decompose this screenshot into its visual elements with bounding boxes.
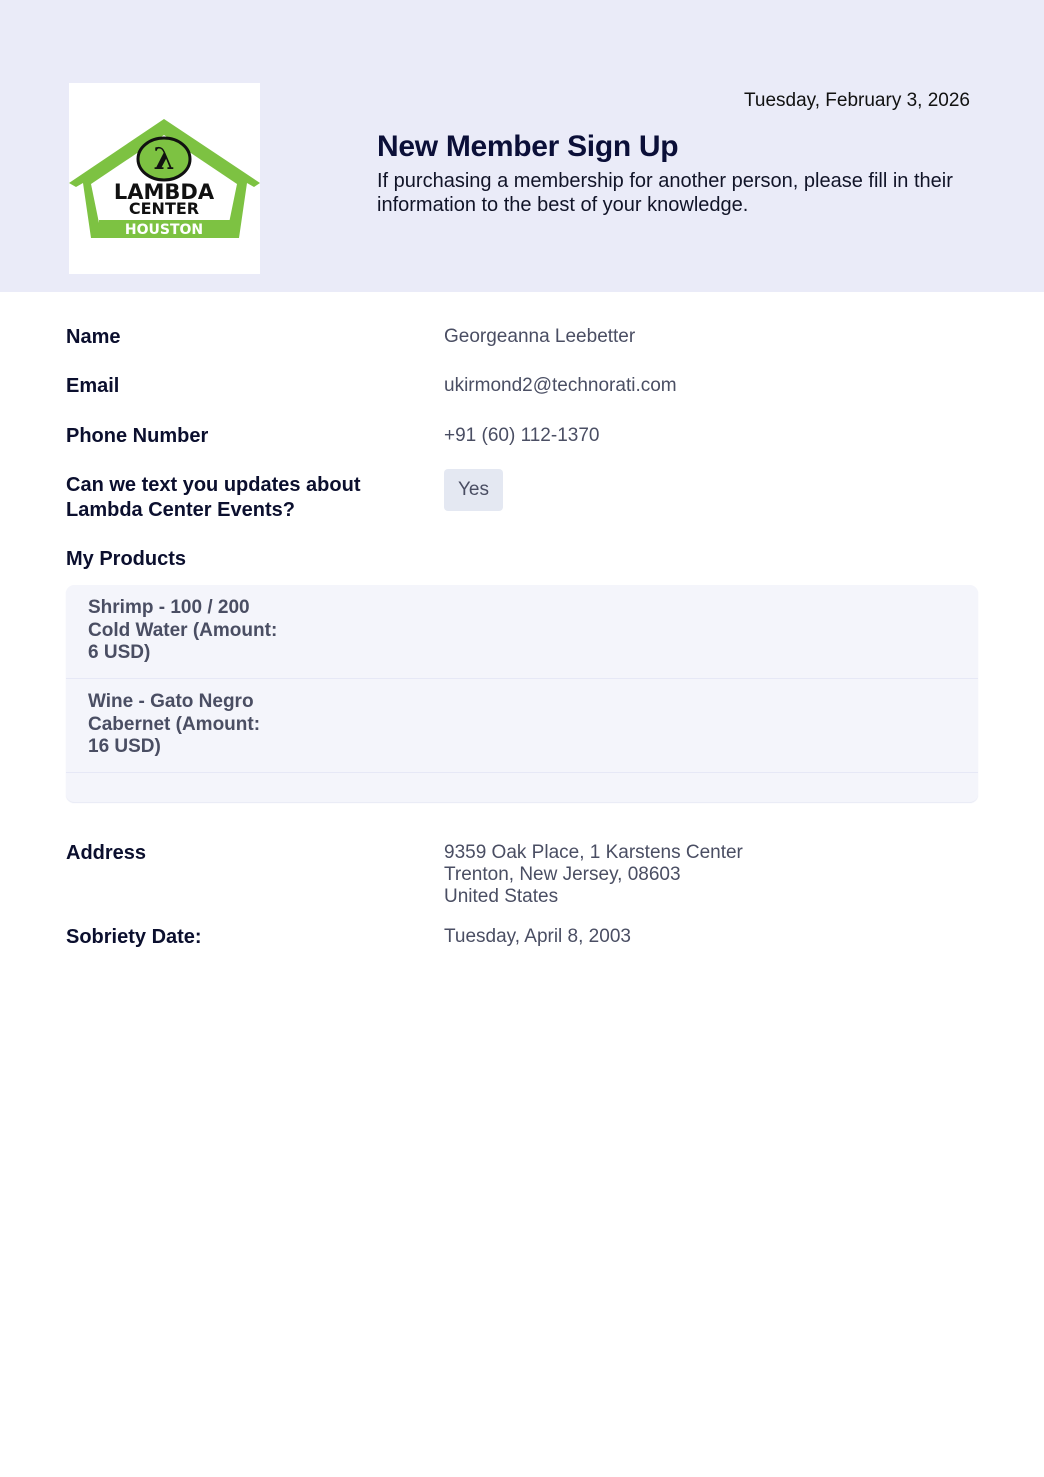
address-line1: 9359 Oak Place, 1 Karstens Center bbox=[444, 842, 743, 864]
sobriety-value: Tuesday, April 8, 2003 bbox=[444, 926, 631, 948]
header-date: Tuesday, February 3, 2026 bbox=[744, 90, 970, 112]
lambda-center-logo-icon: λ LAMBDA CENTER HOUSTON bbox=[69, 83, 260, 274]
name-label: Name bbox=[66, 325, 386, 350]
email-value: ukirmond2@technorati.com bbox=[444, 375, 677, 397]
products-list: Shrimp - 100 / 200 Cold Water (Amount: 6… bbox=[66, 585, 978, 802]
page-title: New Member Sign Up bbox=[377, 130, 678, 164]
phone-label: Phone Number bbox=[66, 424, 386, 449]
address-line2: Trenton, New Jersey, 08603 bbox=[444, 864, 743, 886]
address-label: Address bbox=[66, 841, 386, 866]
text-updates-badge: Yes bbox=[444, 469, 503, 511]
name-value: Georgeanna Leebetter bbox=[444, 326, 635, 348]
product-text: Wine - Gato Negro Cabernet (Amount: 16 U… bbox=[88, 691, 278, 759]
product-text: Shrimp - 100 / 200 Cold Water (Amount: 6… bbox=[88, 597, 278, 665]
address-value: 9359 Oak Place, 1 Karstens Center Trento… bbox=[444, 842, 743, 908]
svg-text:CENTER: CENTER bbox=[129, 199, 199, 218]
product-item: Shrimp - 100 / 200 Cold Water (Amount: 6… bbox=[66, 585, 978, 679]
sobriety-label: Sobriety Date: bbox=[66, 925, 386, 950]
page-subtitle: If purchasing a membership for another p… bbox=[377, 169, 967, 217]
text-updates-label: Can we text you updates about Lambda Cen… bbox=[66, 473, 376, 523]
svg-text:HOUSTON: HOUSTON bbox=[125, 222, 203, 238]
address-line3: United States bbox=[444, 886, 743, 908]
phone-value: +91 (60) 112-1370 bbox=[444, 425, 599, 447]
products-label: My Products bbox=[66, 547, 386, 572]
header: λ LAMBDA CENTER HOUSTON Tuesday, Februar… bbox=[0, 0, 1044, 292]
email-label: Email bbox=[66, 374, 386, 399]
logo: λ LAMBDA CENTER HOUSTON bbox=[69, 83, 260, 274]
product-item: Wine - Gato Negro Cabernet (Amount: 16 U… bbox=[66, 679, 978, 773]
svg-text:λ: λ bbox=[153, 142, 174, 177]
